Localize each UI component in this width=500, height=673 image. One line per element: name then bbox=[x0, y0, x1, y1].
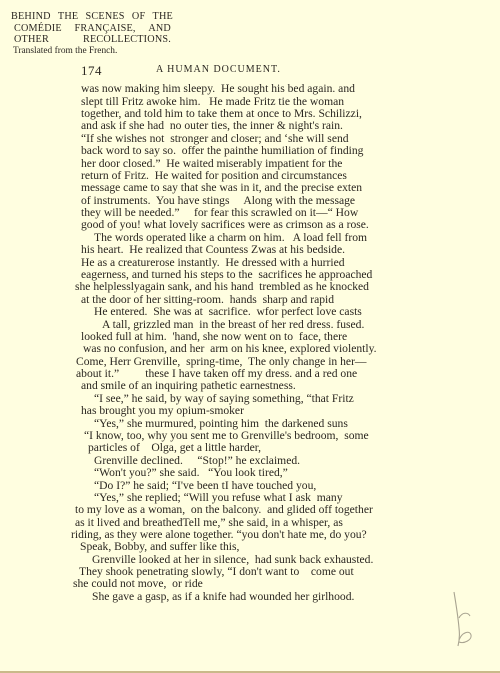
text-line: Speak, Bobby, and suffer like this, bbox=[80, 541, 239, 553]
text-line: “Won't you?” she said. “You look tired,” bbox=[94, 467, 288, 479]
text-line: and smile of an inquiring pathetic earne… bbox=[81, 380, 296, 392]
title-word: FRANÇAISE, bbox=[74, 23, 135, 35]
title-word: THE bbox=[153, 11, 173, 23]
text-line: his heart. He realized that Countess Zwa… bbox=[81, 244, 345, 256]
book-title-line-1: BEHIND THE SCENES OF THE bbox=[11, 11, 173, 23]
book-title-line-3: OTHER RECOLLECTIONS. bbox=[11, 34, 171, 46]
book-title-block: BEHIND THE SCENES OF THE COMÉDIE FRANÇAI… bbox=[11, 11, 173, 57]
title-word: OTHER bbox=[14, 34, 49, 46]
text-line: has brought you my opium-smoker bbox=[81, 405, 244, 417]
text-line: was now making him sleepy. He sought his… bbox=[81, 83, 355, 95]
text-line: particles of Olga, get a little harder, bbox=[88, 442, 261, 454]
text-line: He entered. She was at sacrifice. wfor p… bbox=[94, 306, 362, 318]
text-line: back word to say so. offer the painthe h… bbox=[81, 145, 363, 157]
text-line: to my love as a woman, on the balcony. a… bbox=[75, 504, 373, 516]
title-word: AND bbox=[148, 23, 171, 35]
text-line: She gave a gasp, as if a knife had wound… bbox=[92, 591, 354, 603]
translation-note: Translated from the French. bbox=[11, 46, 173, 58]
text-line: and ask if she had no outer ties, the in… bbox=[81, 120, 343, 132]
title-word: BEHIND bbox=[11, 11, 51, 23]
title-word: OF bbox=[132, 11, 145, 23]
book-page: BEHIND THE SCENES OF THE COMÉDIE FRANÇAI… bbox=[0, 0, 500, 673]
text-line: she could not move, or ride bbox=[73, 578, 203, 590]
text-line: was no confusion, and her arm on his kne… bbox=[83, 343, 377, 355]
text-line: good of you! what lovely sacrifices were… bbox=[81, 219, 369, 231]
book-title-line-2: COMÉDIE FRANÇAISE, AND bbox=[11, 23, 171, 35]
page-number: 174 bbox=[81, 63, 102, 79]
title-word: THE bbox=[58, 11, 78, 23]
title-word: SCENES bbox=[86, 11, 125, 23]
title-word: COMÉDIE bbox=[14, 23, 62, 35]
text-line: she helplesslyagain sank, and his hand t… bbox=[75, 281, 369, 293]
title-word: RECOLLECTIONS. bbox=[83, 34, 171, 46]
chapter-title: A HUMAN DOCUMENT. bbox=[156, 64, 281, 75]
text-line: message came to say that she was in it, … bbox=[81, 182, 362, 194]
pencil-annotation-icon bbox=[448, 590, 478, 650]
